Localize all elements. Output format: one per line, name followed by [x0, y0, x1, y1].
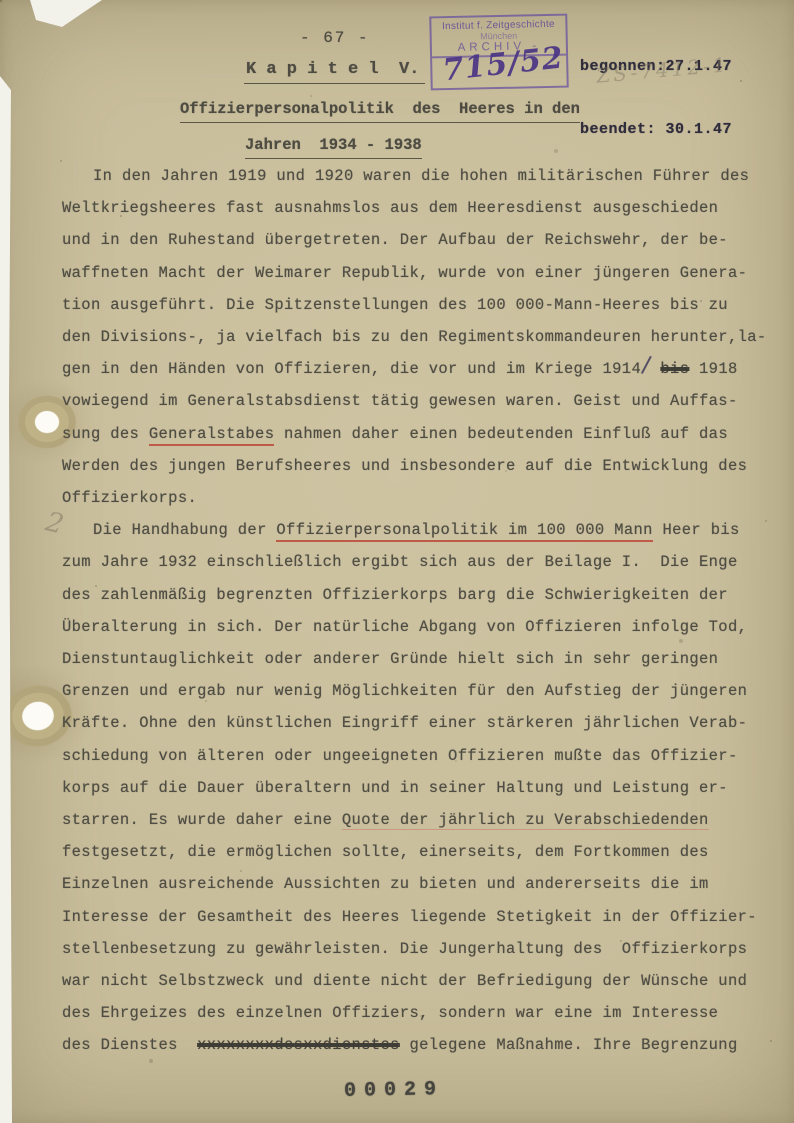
body-line: und in den Ruhestand übergetreten. Der A… — [62, 224, 768, 256]
body-line: schiedung von älteren oder ungeeigneten … — [62, 740, 768, 772]
body-line: des zahlenmäßig begrenzten Offizierkorps… — [62, 579, 768, 611]
body-segment: den Divisions-, ja vielfach bis zu den R… — [62, 328, 767, 346]
body-segment: 1918 — [689, 360, 737, 378]
body-line: stellenbesetzung zu gewährleisten. Die J… — [62, 933, 768, 965]
body-line: sung des Generalstabes nahmen daher eine… — [62, 418, 768, 450]
body-segment: sung des — [62, 425, 149, 443]
body-segment: Dienstuntauglichkeit oder anderer Gründe… — [62, 650, 718, 668]
body-segment: zum Jahre 1932 einschließlich ergibt sic… — [62, 553, 738, 571]
body-segment-red: Offizierpersonalpolitik im 100 000 Mann — [276, 521, 652, 542]
body-segment: Kräfte. Ohne den künstlichen Eingriff ei… — [62, 714, 747, 732]
body-line: festgesetzt, die ermöglichen sollte, ein… — [62, 836, 768, 868]
body-segment-strike: bis — [660, 360, 689, 378]
chapter-title: K a p i t e l V. — [244, 60, 425, 84]
body-line: Kräfte. Ohne den künstlichen Eingriff ei… — [62, 707, 768, 739]
body-segment-strike: xxxxxxxxdesxxdienstes — [197, 1036, 400, 1054]
body-segment: Heer bis — [653, 521, 740, 539]
body-segment: Interesse der Gesamtheit des Heeres lieg… — [62, 908, 757, 926]
body-segment: tion ausgeführt. Die Spitzenstellungen d… — [62, 296, 728, 314]
body-segment: und in den Ruhestand übergetreten. Der A… — [62, 231, 728, 249]
body-line: des Dienstes xxxxxxxxdesxxdienstes geleg… — [62, 1029, 768, 1061]
body-segment: Überalterung in sich. Der natürliche Abg… — [62, 618, 747, 636]
body-line: Offizierkorps. — [62, 482, 768, 514]
body-segment: waffneten Macht der Weimarer Republik, w… — [62, 264, 747, 282]
paper-texture — [0, 0, 2, 2]
body-segment: Werden des jungen Berufsheeres und insbe… — [62, 457, 747, 475]
body-line: Weltkriegsheeres fast ausnahmslos aus de… — [62, 192, 768, 224]
body-segment: Offizierkorps. — [62, 489, 197, 507]
body-segment: festgesetzt, die ermöglichen sollte, ein… — [62, 843, 709, 861]
body-line: Die Handhabung der Offizierpersonalpolit… — [62, 514, 768, 546]
body-line: den Divisions-, ja vielfach bis zu den R… — [62, 321, 768, 353]
body-line: Einzelnen ausreichende Aussichten zu bie… — [62, 868, 768, 900]
body-segment: gen in den Händen von Offizieren, die vo… — [62, 360, 641, 378]
body-segment: schiedung von älteren oder ungeeigneten … — [62, 747, 738, 765]
body-segment: Die Handhabung der — [93, 521, 276, 539]
body-segment: Grenzen und ergab nur wenig Möglichkeite… — [62, 682, 747, 700]
body-segment: starren. Es wurde daher eine — [62, 811, 342, 829]
body-segment: des Ehrgeizes des einzelnen Offiziers, s… — [62, 1004, 718, 1022]
body-line: Grenzen und ergab nur wenig Möglichkeite… — [62, 675, 768, 707]
body-line: korps auf die Dauer überaltern und in se… — [62, 772, 768, 804]
body-segment: korps auf die Dauer überaltern und in se… — [62, 779, 728, 797]
page-number: - 67 - — [300, 29, 370, 47]
body-segment — [651, 360, 661, 378]
body-segment: nahmen daher einen bedeutenden Einfluß a… — [274, 425, 728, 443]
date-annotations: begonnen:27.1.47 beendet: 30.1.47 — [580, 14, 732, 182]
body-segment-redfaint: Quote der jährlich zu Verabschiedenden — [342, 811, 709, 830]
body-segment: vowiegend im Generalstabsdienst tätig ge… — [62, 392, 738, 410]
body-segment: des Dienstes — [62, 1036, 197, 1054]
document-page: - 67 - Institut f. Zeitgeschichte Münche… — [0, 0, 794, 1123]
body-text: In den Jahren 1919 und 1920 waren die ho… — [62, 160, 768, 1062]
body-line: In den Jahren 1919 und 1920 waren die ho… — [62, 160, 768, 192]
body-segment: war nicht Selbstzweck und diente nicht d… — [62, 972, 747, 990]
page-stamp-number: 00029 — [344, 1078, 444, 1103]
body-segment: Einzelnen ausreichende Aussichten zu bie… — [62, 875, 709, 893]
document-heading-line1: Offizierpersonalpolitik des Heeres in de… — [180, 100, 580, 123]
body-segment: gelegene Maßnahme. Ihre Begrenzung — [400, 1036, 738, 1054]
body-line: Dienstuntauglichkeit oder anderer Gründe… — [62, 643, 768, 675]
body-line: gen in den Händen von Offizieren, die vo… — [62, 353, 768, 385]
body-line: zum Jahre 1932 einschließlich ergibt sic… — [62, 546, 768, 578]
body-segment: Weltkriegsheeres fast ausnahmslos aus de… — [62, 199, 718, 217]
document-heading-line2: Jahren 1934 - 1938 — [245, 136, 422, 159]
body-line: Überalterung in sich. Der natürliche Abg… — [62, 611, 768, 643]
body-line: Interesse der Gesamtheit des Heeres lieg… — [62, 901, 768, 933]
body-line: war nicht Selbstzweck und diente nicht d… — [62, 965, 768, 997]
archive-stamp: Institut f. Zeitgeschichte München ARCHI… — [429, 14, 569, 91]
body-line: tion ausgeführt. Die Spitzenstellungen d… — [62, 289, 768, 321]
body-line: Werden des jungen Berufsheeres und insbe… — [62, 450, 768, 482]
body-line: starren. Es wurde daher eine Quote der j… — [62, 804, 768, 836]
body-line: waffneten Macht der Weimarer Republik, w… — [62, 257, 768, 289]
body-segment: In den Jahren 1919 und 1920 waren die ho… — [93, 167, 749, 185]
body-segment: stellenbesetzung zu gewährleisten. Die J… — [62, 940, 747, 958]
body-line: vowiegend im Generalstabsdienst tätig ge… — [62, 385, 768, 417]
body-segment-red: Generalstabes — [149, 425, 274, 446]
date-beendet: beendet: 30.1.47 — [580, 119, 732, 140]
body-segment: des zahlenmäßig begrenzten Offizierkorps… — [62, 586, 728, 604]
body-line: des Ehrgeizes des einzelnen Offiziers, s… — [62, 997, 768, 1029]
